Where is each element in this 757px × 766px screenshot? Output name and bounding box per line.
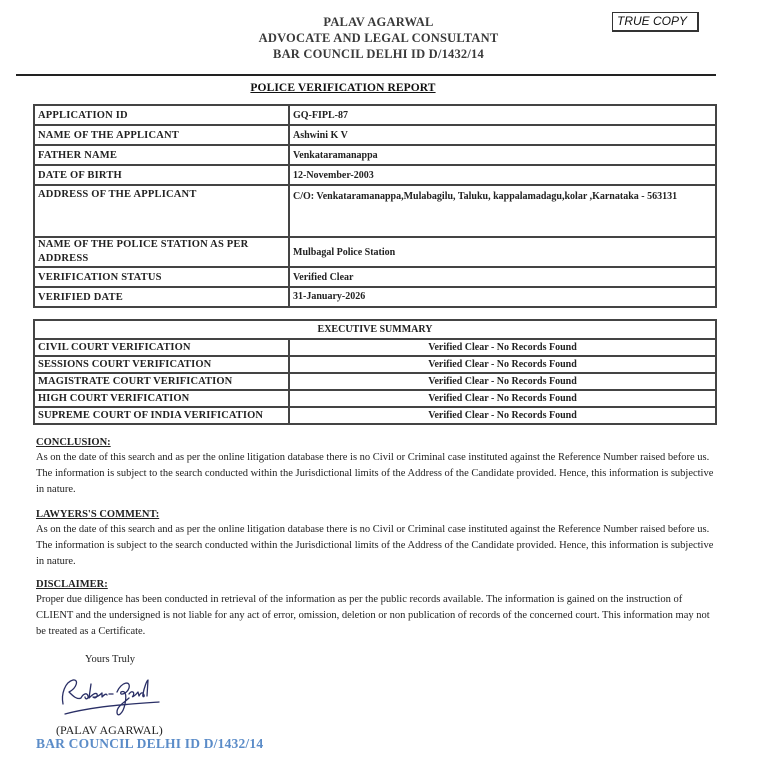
table-row: SUPREME COURT OF INDIA VERIFICATION Veri… [34,407,716,424]
field-value: Verified Clear [289,267,716,287]
court-status: Verified Clear - No Records Found [289,339,716,356]
field-value: GQ-FIPL-87 [289,105,716,125]
header-divider [16,74,716,76]
table-row: ADDRESS OF THE APPLICANT C/O: Venkataram… [34,185,716,237]
table-row: FATHER NAME Venkataramanappa [34,145,716,165]
table-row: VERIFICATION STATUS Verified Clear [34,267,716,287]
advocate-bar-id: BAR COUNCIL DELHI ID D/1432/14 [0,46,757,62]
applicant-details-table: APPLICATION ID GQ-FIPL-87 NAME OF THE AP… [33,104,717,308]
field-label: ADDRESS OF THE APPLICANT [34,185,289,237]
field-label: NAME OF THE POLICE STATION AS PER ADDRES… [34,237,289,267]
table-row: CIVIL COURT VERIFICATION Verified Clear … [34,339,716,356]
table-row: HIGH COURT VERIFICATION Verified Clear -… [34,390,716,407]
field-value: Ashwini K V [289,125,716,145]
field-label: FATHER NAME [34,145,289,165]
disclaimer-text: Proper due diligence has been conducted … [36,592,716,640]
table-row: MAGISTRATE COURT VERIFICATION Verified C… [34,373,716,390]
court-status: Verified Clear - No Records Found [289,390,716,407]
field-label: APPLICATION ID [34,105,289,125]
field-value: C/O: Venkataramanappa,Mulabagilu, Taluku… [289,185,716,237]
signatory-bar-id: BAR COUNCIL DELHI ID D/1432/14 [36,736,263,752]
report-title: POLICE VERIFICATION REPORT [0,82,686,94]
conclusion-text: As on the date of this search and as per… [36,450,716,498]
court-label: SUPREME COURT OF INDIA VERIFICATION [34,407,289,424]
court-label: HIGH COURT VERIFICATION [34,390,289,407]
field-label: VERIFICATION STATUS [34,267,289,287]
table-row: NAME OF THE APPLICANT Ashwini K V [34,125,716,145]
field-value: 31-January-2026 [289,287,716,307]
signature-icon [55,674,165,722]
advocate-designation: ADVOCATE AND LEGAL CONSULTANT [0,30,757,46]
conclusion-section: CONCLUSION: As on the date of this searc… [36,436,716,498]
disclaimer-heading: DISCLAIMER: [36,578,716,592]
field-label: DATE OF BIRTH [34,165,289,185]
executive-summary-title: EXECUTIVE SUMMARY [34,320,716,339]
table-row: VERIFIED DATE 31-January-2026 [34,287,716,307]
table-row: NAME OF THE POLICE STATION AS PER ADDRES… [34,237,716,267]
field-value: Mulbagal Police Station [289,237,716,267]
disclaimer-section: DISCLAIMER: Proper due diligence has bee… [36,578,716,640]
field-label: NAME OF THE APPLICANT [34,125,289,145]
court-status: Verified Clear - No Records Found [289,373,716,390]
table-row: DATE OF BIRTH 12-November-2003 [34,165,716,185]
court-label: MAGISTRATE COURT VERIFICATION [34,373,289,390]
true-copy-stamp: TRUE COPY [612,12,699,32]
field-value: Venkataramanappa [289,145,716,165]
field-value: 12-November-2003 [289,165,716,185]
closing-text: Yours Truly [85,654,135,665]
court-status: Verified Clear - No Records Found [289,356,716,373]
lawyers-comment-heading: LAWYERS'S COMMENT: [36,508,716,522]
court-label: SESSIONS COURT VERIFICATION [34,356,289,373]
lawyers-comment-text: As on the date of this search and as per… [36,522,716,570]
court-label: CIVIL COURT VERIFICATION [34,339,289,356]
table-row: APPLICATION ID GQ-FIPL-87 [34,105,716,125]
conclusion-heading: CONCLUSION: [36,436,716,450]
court-status: Verified Clear - No Records Found [289,407,716,424]
table-header-row: EXECUTIVE SUMMARY [34,320,716,339]
field-label: VERIFIED DATE [34,287,289,307]
table-row: SESSIONS COURT VERIFICATION Verified Cle… [34,356,716,373]
lawyers-comment-section: LAWYERS'S COMMENT: As on the date of thi… [36,508,716,570]
executive-summary-table: EXECUTIVE SUMMARY CIVIL COURT VERIFICATI… [33,319,717,425]
